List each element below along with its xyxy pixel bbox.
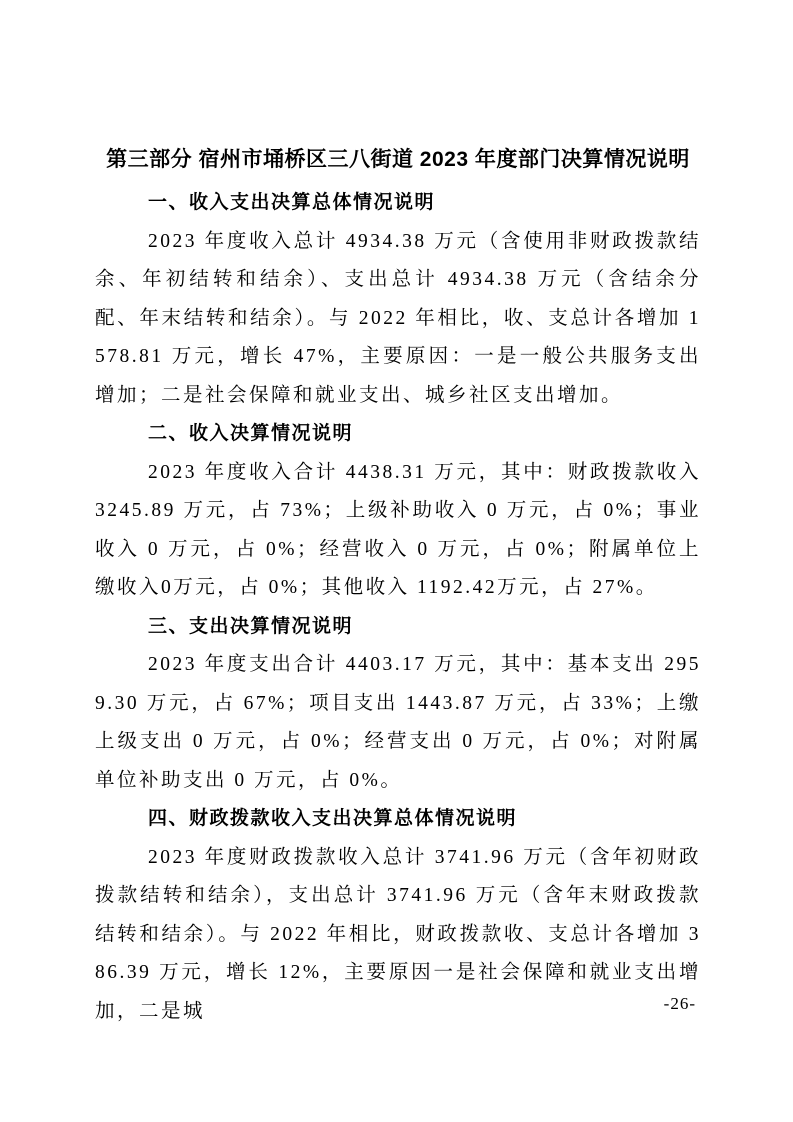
section-fiscal-appropriation: 四、财政拨款收入支出决算总体情况说明 2023 年度财政拨款收入总计 3741.… — [95, 800, 701, 1031]
document-content: 第三部分 宿州市埇桥区三八街道 2023 年度部门决算情况说明 一、收入支出决算… — [95, 147, 701, 1031]
section-3-paragraph: 2023 年度支出合计 4403.17 万元，其中：基本支出 2959.30 万… — [95, 646, 701, 800]
document-page: 第三部分 宿州市埇桥区三八街道 2023 年度部门决算情况说明 一、收入支出决算… — [0, 0, 793, 1122]
section-2-heading: 二、收入决算情况说明 — [95, 415, 701, 454]
section-3-heading: 三、支出决算情况说明 — [95, 608, 701, 647]
page-number: -26- — [664, 994, 696, 1014]
section-overall-revenue-expenditure: 一、收入支出决算总体情况说明 2023 年度收入总计 4934.38 万元（含使… — [95, 184, 701, 415]
section-1-heading: 一、收入支出决算总体情况说明 — [95, 184, 701, 223]
section-2-paragraph: 2023 年度收入合计 4438.31 万元，其中：财政拨款收入 3245.89… — [95, 454, 701, 608]
section-1-paragraph: 2023 年度收入总计 4934.38 万元（含使用非财政拨款结余、年初结转和结… — [95, 223, 701, 416]
section-4-paragraph: 2023 年度财政拨款收入总计 3741.96 万元（含年初财政拨款结转和结余）… — [95, 839, 701, 1032]
page-title: 第三部分 宿州市埇桥区三八街道 2023 年度部门决算情况说明 — [95, 147, 701, 173]
section-4-heading: 四、财政拨款收入支出决算总体情况说明 — [95, 800, 701, 839]
section-expenditure-final-accounts: 三、支出决算情况说明 2023 年度支出合计 4403.17 万元，其中：基本支… — [95, 608, 701, 801]
section-revenue-final-accounts: 二、收入决算情况说明 2023 年度收入合计 4438.31 万元，其中：财政拨… — [95, 415, 701, 608]
